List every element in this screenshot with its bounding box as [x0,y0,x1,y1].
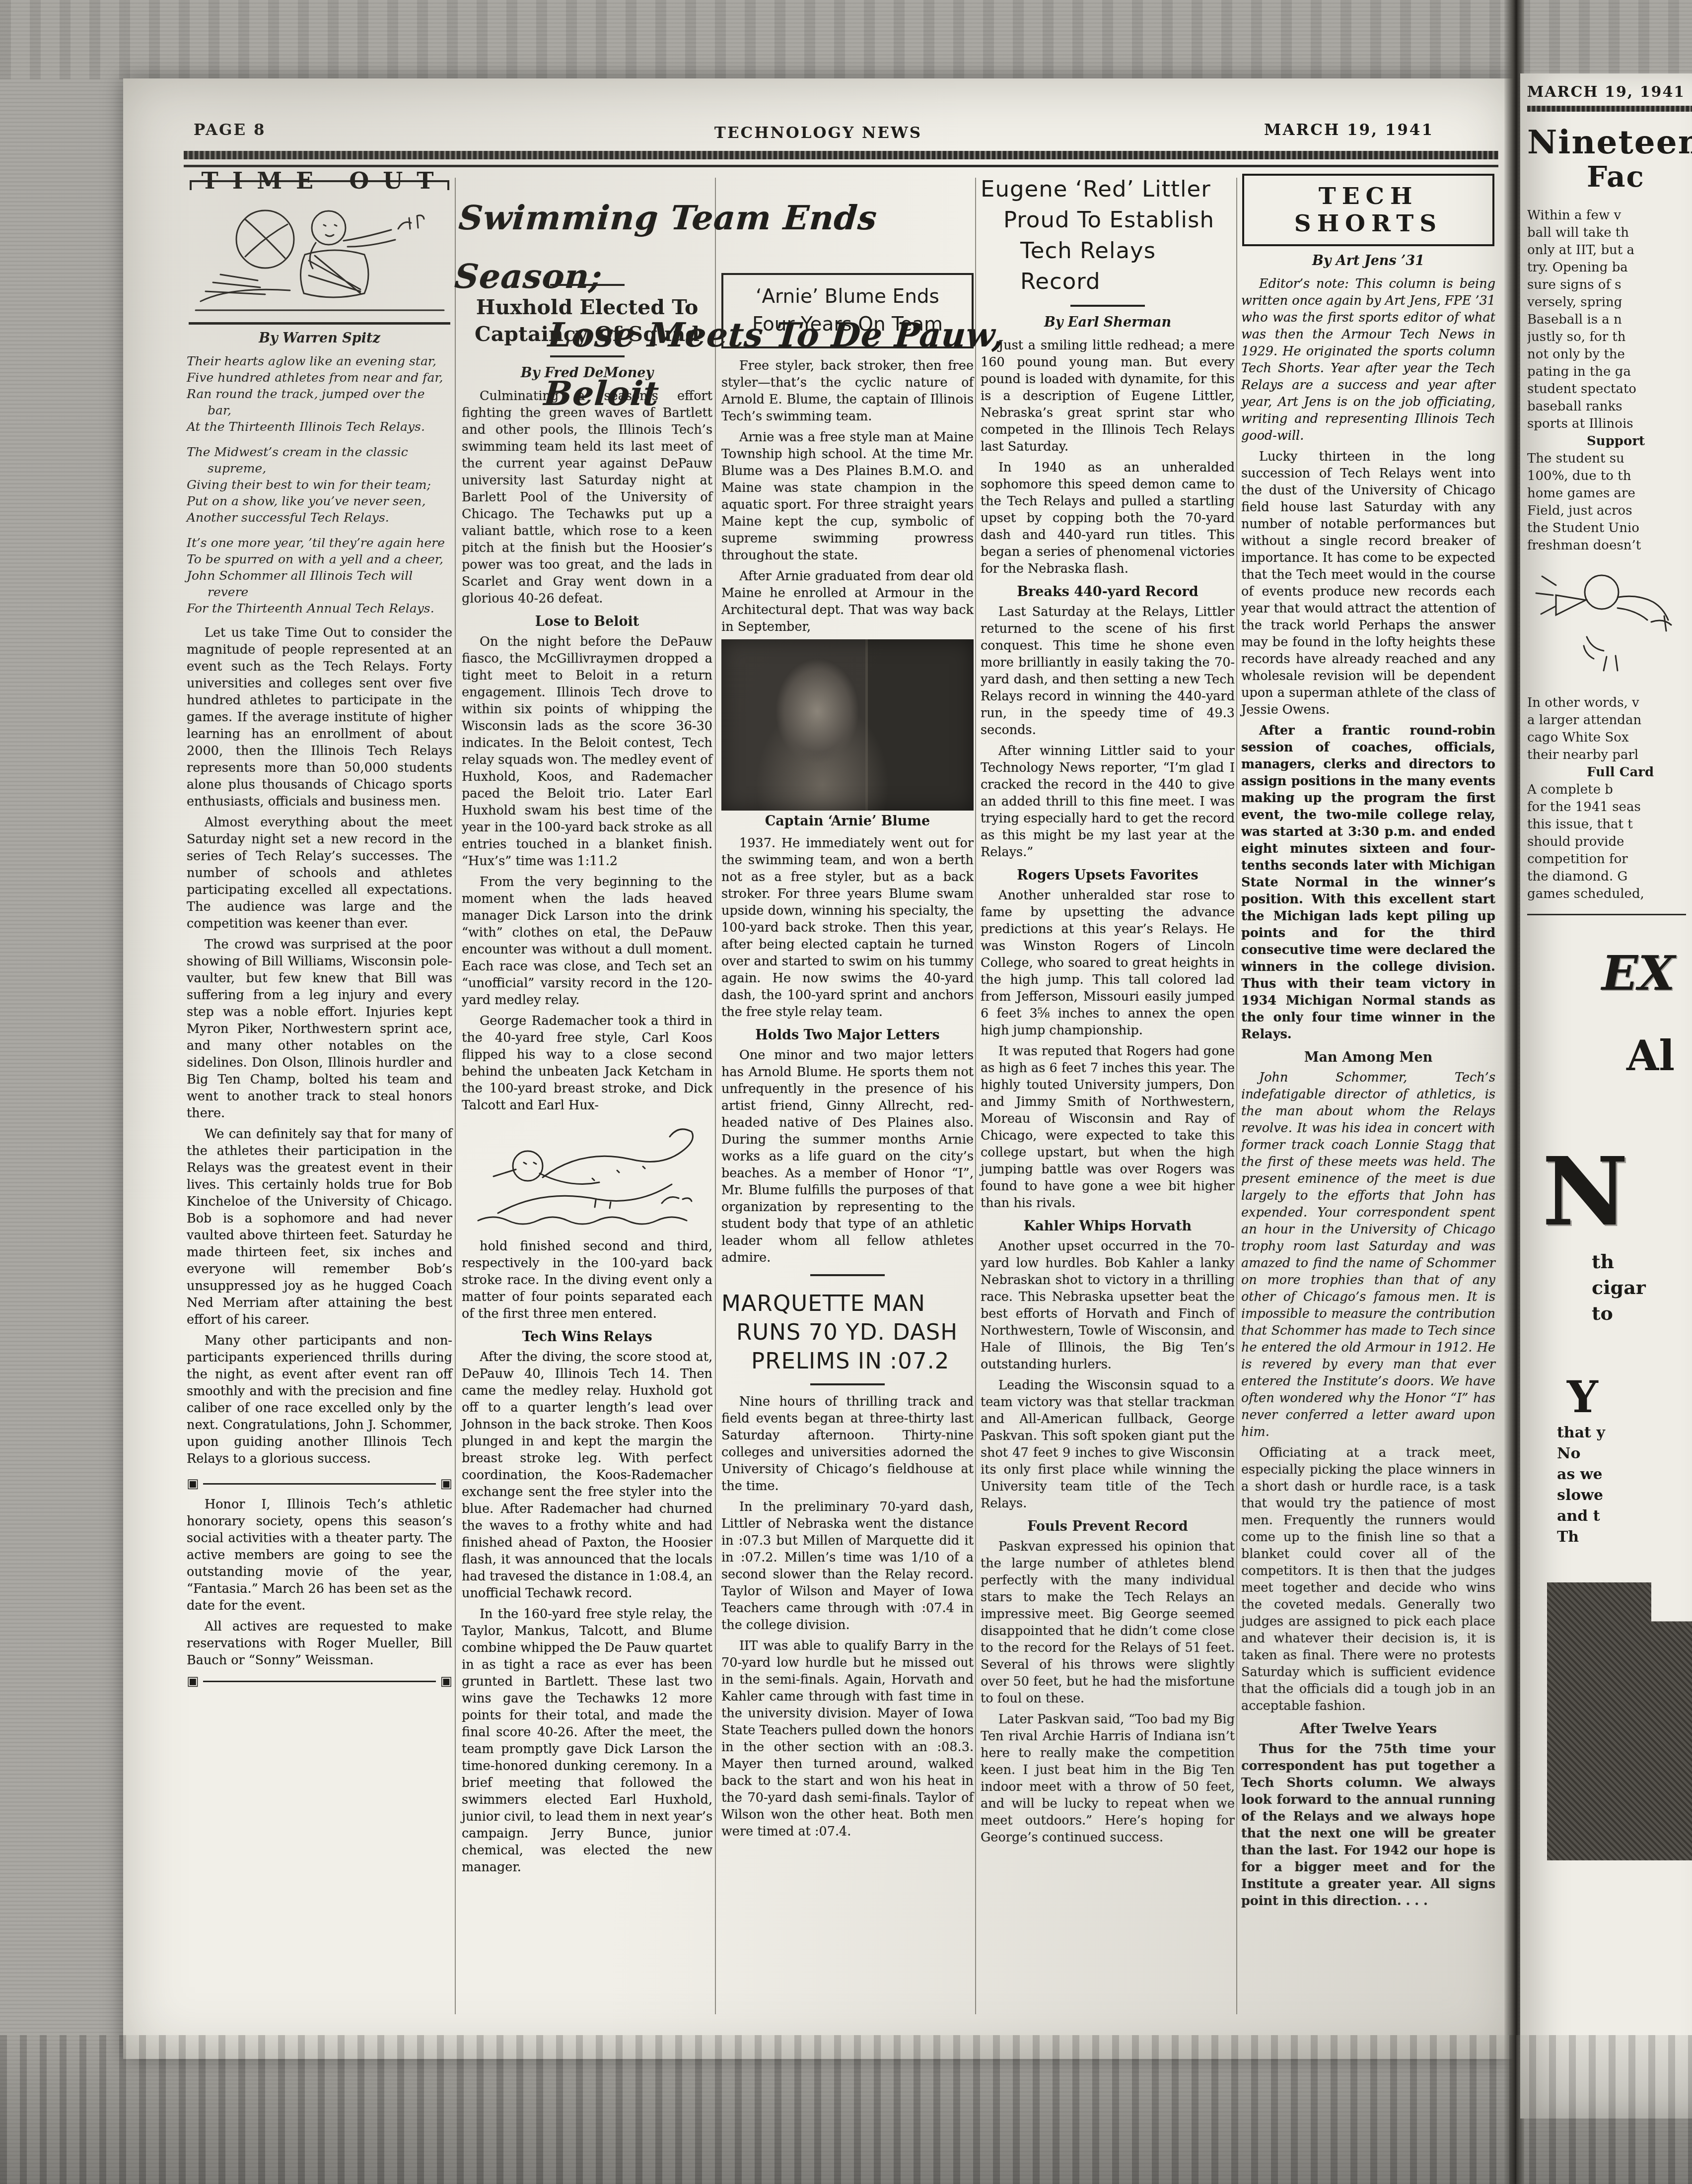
littler-headline-line: Proud To Establish [981,205,1235,235]
notice-paragraph: All actives are requested to make reserv… [187,1618,452,1669]
article-paragraph: Many other participants and non-particip… [187,1332,452,1467]
byline: By Art Jens ’31 [1241,253,1495,269]
divider-ornament: ▣ [187,1674,199,1689]
clipped-line: the diamond. G [1527,868,1692,886]
article-paragraph: Paskvan expressed his opinion that the l… [981,1538,1235,1707]
littler-article: Eugene ‘Red’ Littler Proud To Establish … [981,174,1235,1850]
littler-headline-line: Tech Relays Record [981,235,1235,297]
article-paragraph: After Arnie graduated from dear old Main… [721,568,974,635]
poem-line: At the Thirteenth Illinois Tech Relays. [187,418,452,435]
article-paragraph: Thus for the 75th time your corresponden… [1241,1741,1495,1910]
tech-shorts-column: TECH SHORTS By Art Jens ’31 Editor’s not… [1241,174,1495,1913]
clipped-ad-letter: N [1527,1150,1692,1234]
clipped-line: Th [1557,1527,1692,1548]
article-paragraph: In the 160-yard free style relay, the Ta… [462,1606,712,1876]
notice-paragraph: Honor I, Illinois Tech’s athletic honora… [187,1496,452,1614]
subhead: Man Among Men [1241,1050,1495,1065]
byline: By Earl Sherman [981,315,1235,330]
clipped-line: not only by the [1527,346,1692,363]
headline-rule [550,284,625,286]
editors-note: Editor’s note: This column is being writ… [1241,275,1495,444]
subhead: Lose to Beloit [462,614,712,629]
subhead: Tech Wins Relays [462,1329,712,1345]
subhead: Rogers Upsets Favorites [981,868,1235,883]
time-out-cartoon [191,197,449,321]
marquette-headline: MARQUETTE MAN RUNS 70 YD. DASH PRELIMS I… [721,1289,974,1375]
poem-line: Giving their best to win for their team; [187,477,452,493]
clipped-line: cigar [1592,1275,1692,1300]
clipped-line: cago White Sox [1527,729,1692,747]
marquette-headline-line: MARQUETTE MAN [721,1289,974,1318]
divider-ornament: ▣ [187,1476,199,1491]
clipped-line: slowe [1557,1485,1692,1506]
article-paragraph: Lucky thirteen in the long succession of… [1241,448,1495,718]
clipped-headline: Nineteen [1527,125,1692,159]
clipped-line: The student su [1527,450,1692,468]
megaphone-cartoon [1527,562,1686,677]
blume-article: ‘Arnie’ Blume Ends Four Years On Team Fr… [721,273,974,1844]
time-out-column: TIME OUT By Warren Spitz Their hearts ag… [187,180,452,1694]
clipped-line: baseball ranks [1527,398,1692,415]
article-headline: Four Years On Team [726,311,969,339]
clipped-line: their nearby parl [1527,747,1692,764]
article-paragraph: On the night before the DePauw fiasco, t… [462,633,712,870]
clipped-line: ball will take th [1527,224,1692,242]
article-paragraph: Almost everything about the meet Saturda… [187,814,452,932]
scanner-noise-top [0,0,1692,79]
huxhold-article: Huxhold Elected To Captaincy Of Squad By… [462,276,712,1880]
paper-title: TECHNOLOGY NEWS [714,124,922,142]
headline-rule [550,355,625,357]
clipped-subhead: Full Card [1527,764,1692,781]
article-paragraph: Let us take Time Out to consider the mag… [187,624,452,810]
clipped-line: justly so, for th [1527,329,1692,346]
byline: By Warren Spitz [187,331,452,346]
masthead-rule-band [1527,106,1692,112]
poem-line: For the Thirteenth Annual Tech Relays. [187,600,452,616]
clipped-column-text: Within a few v ball will take th only at… [1527,207,1692,554]
clipped-line: this issue, that t [1527,816,1692,833]
clipped-line: should provide [1527,833,1692,851]
article-paragraph: It was reputed that Rogers had gone as h… [981,1043,1235,1212]
page-number: PAGE 8 [194,121,266,139]
subhead: Holds Two Major Letters [721,1027,974,1043]
article-paragraph: 1937. He immediately went out for the sw… [721,835,974,1021]
marquette-headline-line: PRELIMS IN :07.2 [721,1347,974,1375]
clipped-line: as we [1557,1464,1692,1485]
arnie-blume-photo [721,639,974,811]
article-paragraph: John Schommer, Tech’s indefatigable dire… [1241,1069,1495,1440]
clipped-line: for the 1941 seas [1527,799,1692,816]
article-paragraph: From the very beginning to the moment wh… [462,874,712,1009]
article-headline: ‘Arnie’ Blume Ends [726,283,969,311]
newspaper-page: PAGE 8 TECHNOLOGY NEWS MARCH 19, 1941 TI… [123,78,1513,2059]
article-paragraph: Just a smiling little redhead; a mere 16… [981,337,1235,455]
littler-headline: Eugene ‘Red’ Littler Proud To Establish … [981,174,1235,297]
clipped-line: 100%, due to th [1527,468,1692,485]
article-paragraph: After winning Littler said to your Techn… [981,743,1235,861]
cartoon-baseline-rule [189,322,450,325]
notice-divider: ▣ ▣ [187,1674,452,1689]
section-rule [1527,914,1686,915]
issue-date: MARCH 19, 1941 [1264,121,1434,139]
clipped-ad-letter: Y [1527,1371,1692,1423]
byline: By Fred DeMoney [462,365,712,381]
poem-line: John Schommer all Illinois Tech will rev… [187,567,452,600]
clipped-line: home games are [1527,485,1692,502]
clipped-line: In other words, v [1527,694,1692,712]
article-paragraph: Arnie was a free style man at Maine Town… [721,429,974,564]
divider-ornament: ▣ [440,1674,452,1689]
subhead: Kahler Whips Horvath [981,1219,1235,1234]
clipped-line: pating in the ga [1527,363,1692,381]
article-paragraph: Free styler, back stroker, then free sty… [721,357,974,425]
tech-shorts-title-box: TECH SHORTS [1242,174,1494,246]
article-paragraph: George Rademacher took a third in the 40… [462,1013,712,1114]
clipped-line: Within a few v [1527,207,1692,224]
clipped-line: competition for [1527,851,1692,868]
clipped-line: the Student Unio [1527,520,1692,537]
article-paragraph: After the diving, the score stood at, De… [462,1349,712,1602]
boxed-headline: ‘Arnie’ Blume Ends Four Years On Team [721,273,974,348]
clipped-ad-lines: that y No as we slowe and t Th [1527,1423,1692,1548]
article-paragraph: Nine hours of thrilling track and field … [721,1393,974,1495]
subhead: After Twelve Years [1241,1721,1495,1737]
column-rule [1236,178,1237,2014]
article-paragraph: After a frantic round-robin session of c… [1241,722,1495,1043]
issue-date: MARCH 19, 1941 [1527,83,1692,101]
masthead-rule-band [184,151,1498,159]
adjacent-page-edge: MARCH 19, 1941 Nineteen Fac Within a few… [1520,73,1692,2118]
honor-i-notice: ▣ ▣ Honor I, Illinois Tech’s athletic ho… [187,1476,452,1689]
subhead: Breaks 440-yard Record [981,584,1235,600]
headline-rule [810,1383,885,1385]
poem-line: Put on a show, like you’ve never seen, [187,493,452,509]
column-rule [975,178,976,2014]
article-paragraph: The crowd was surprised at the poor show… [187,936,452,1122]
clipped-subhead: Support [1527,433,1692,450]
poem-line: To be spurred on with a yell and a cheer… [187,551,452,567]
clipped-line: a larger attendan [1527,712,1692,729]
halftone-ad-block [1547,1582,1692,1860]
headline-rule [810,1274,885,1276]
clipped-column-text: In other words, v a larger attendan cago… [1527,694,1692,903]
article-paragraph: hold finished second and third, respecti… [462,1238,712,1322]
clipped-line: and t [1557,1506,1692,1527]
clipped-line: only at IIT, but a [1527,242,1692,259]
article-paragraph: Officiating at a track meet, especially … [1241,1444,1495,1714]
clipped-line: A complete b [1527,781,1692,799]
article-paragraph: One minor and two major letters has Arno… [721,1047,974,1266]
poem-line: It’s one more year, ’til they’re again h… [187,535,452,551]
clipped-line: games scheduled, [1527,886,1692,903]
swimmer-cartoon [468,1119,706,1233]
clipped-line: sports at Illinois [1527,415,1692,433]
poem-line: Ran round the track, jumped over the bar… [187,386,452,418]
clipped-line: Baseball is a n [1527,311,1692,329]
adjacent-page-content: MARCH 19, 1941 Nineteen Fac Within a few… [1527,83,1692,1860]
article-paragraph: In the preliminary 70-yard dash, Littler… [721,1499,974,1634]
clipped-line: that y [1557,1423,1692,1443]
article-paragraph: Later Paskvan said, “Too bad my Big Ten … [981,1711,1235,1846]
column-rule [715,178,716,2014]
clipped-line: No [1557,1443,1692,1464]
clipped-line: versely, spring [1527,294,1692,311]
clipped-headline: Fac [1527,159,1692,194]
clipped-line: student spectato [1527,381,1692,398]
clipped-line: try. Opening ba [1527,259,1692,276]
clipped-line: to [1592,1300,1692,1326]
article-paragraph: IIT was able to qualify Barry in the 70-… [721,1638,974,1840]
article-paragraph: Another unheralded star rose to fame by … [981,887,1235,1039]
clipped-line: freshman doesn’t [1527,537,1692,554]
notice-divider: ▣ ▣ [187,1476,452,1491]
article-paragraph: In 1940 as an unheralded sophomore this … [981,459,1235,577]
poem-line: Another successful Tech Relays. [187,509,452,526]
littler-headline-line: Eugene ‘Red’ Littler [981,174,1235,205]
article-paragraph: We can definitely say that for many of t… [187,1126,452,1328]
newspaper-scan: PAGE 8 TECHNOLOGY NEWS MARCH 19, 1941 TI… [0,0,1692,2184]
clipped-ad-lines: th cigar to [1527,1249,1692,1326]
column-rule [455,178,456,2014]
article-headline: Captaincy Of Squad [462,321,712,347]
clipped-line: sure signs of s [1527,276,1692,294]
article-headline: Huxhold Elected To [462,294,712,321]
marquette-headline-line: RUNS 70 YD. DASH [721,1318,974,1347]
relays-poem: Their hearts aglow like an evening star,… [187,353,452,616]
article-paragraph: Another upset occurred in the 70-yard lo… [981,1238,1235,1373]
clipped-ad-text: EX [1527,945,1692,1001]
divider-ornament: ▣ [440,1476,452,1491]
poem-line: Five hundred athletes from near and far, [187,369,452,386]
clipped-ad-text: Al [1527,1031,1692,1080]
headline-rule [1070,305,1145,307]
clipped-line: th [1592,1249,1692,1275]
clipped-line: Field, just acros [1527,502,1692,520]
poem-line: The Midwest’s cream in the classic supre… [187,444,452,477]
subhead: Fouls Prevent Record [981,1519,1235,1534]
column-title: TIME OUT [187,167,452,194]
article-paragraph: Culminating a season’s effort fighting t… [462,388,712,607]
article-paragraph: Leading the Wisconsin squad to a team vi… [981,1377,1235,1512]
article-paragraph: Last Saturday at the Relays, Littler ret… [981,604,1235,739]
poem-line: Their hearts aglow like an evening star, [187,353,452,369]
photo-caption: Captain ‘Arnie’ Blume [721,814,974,829]
